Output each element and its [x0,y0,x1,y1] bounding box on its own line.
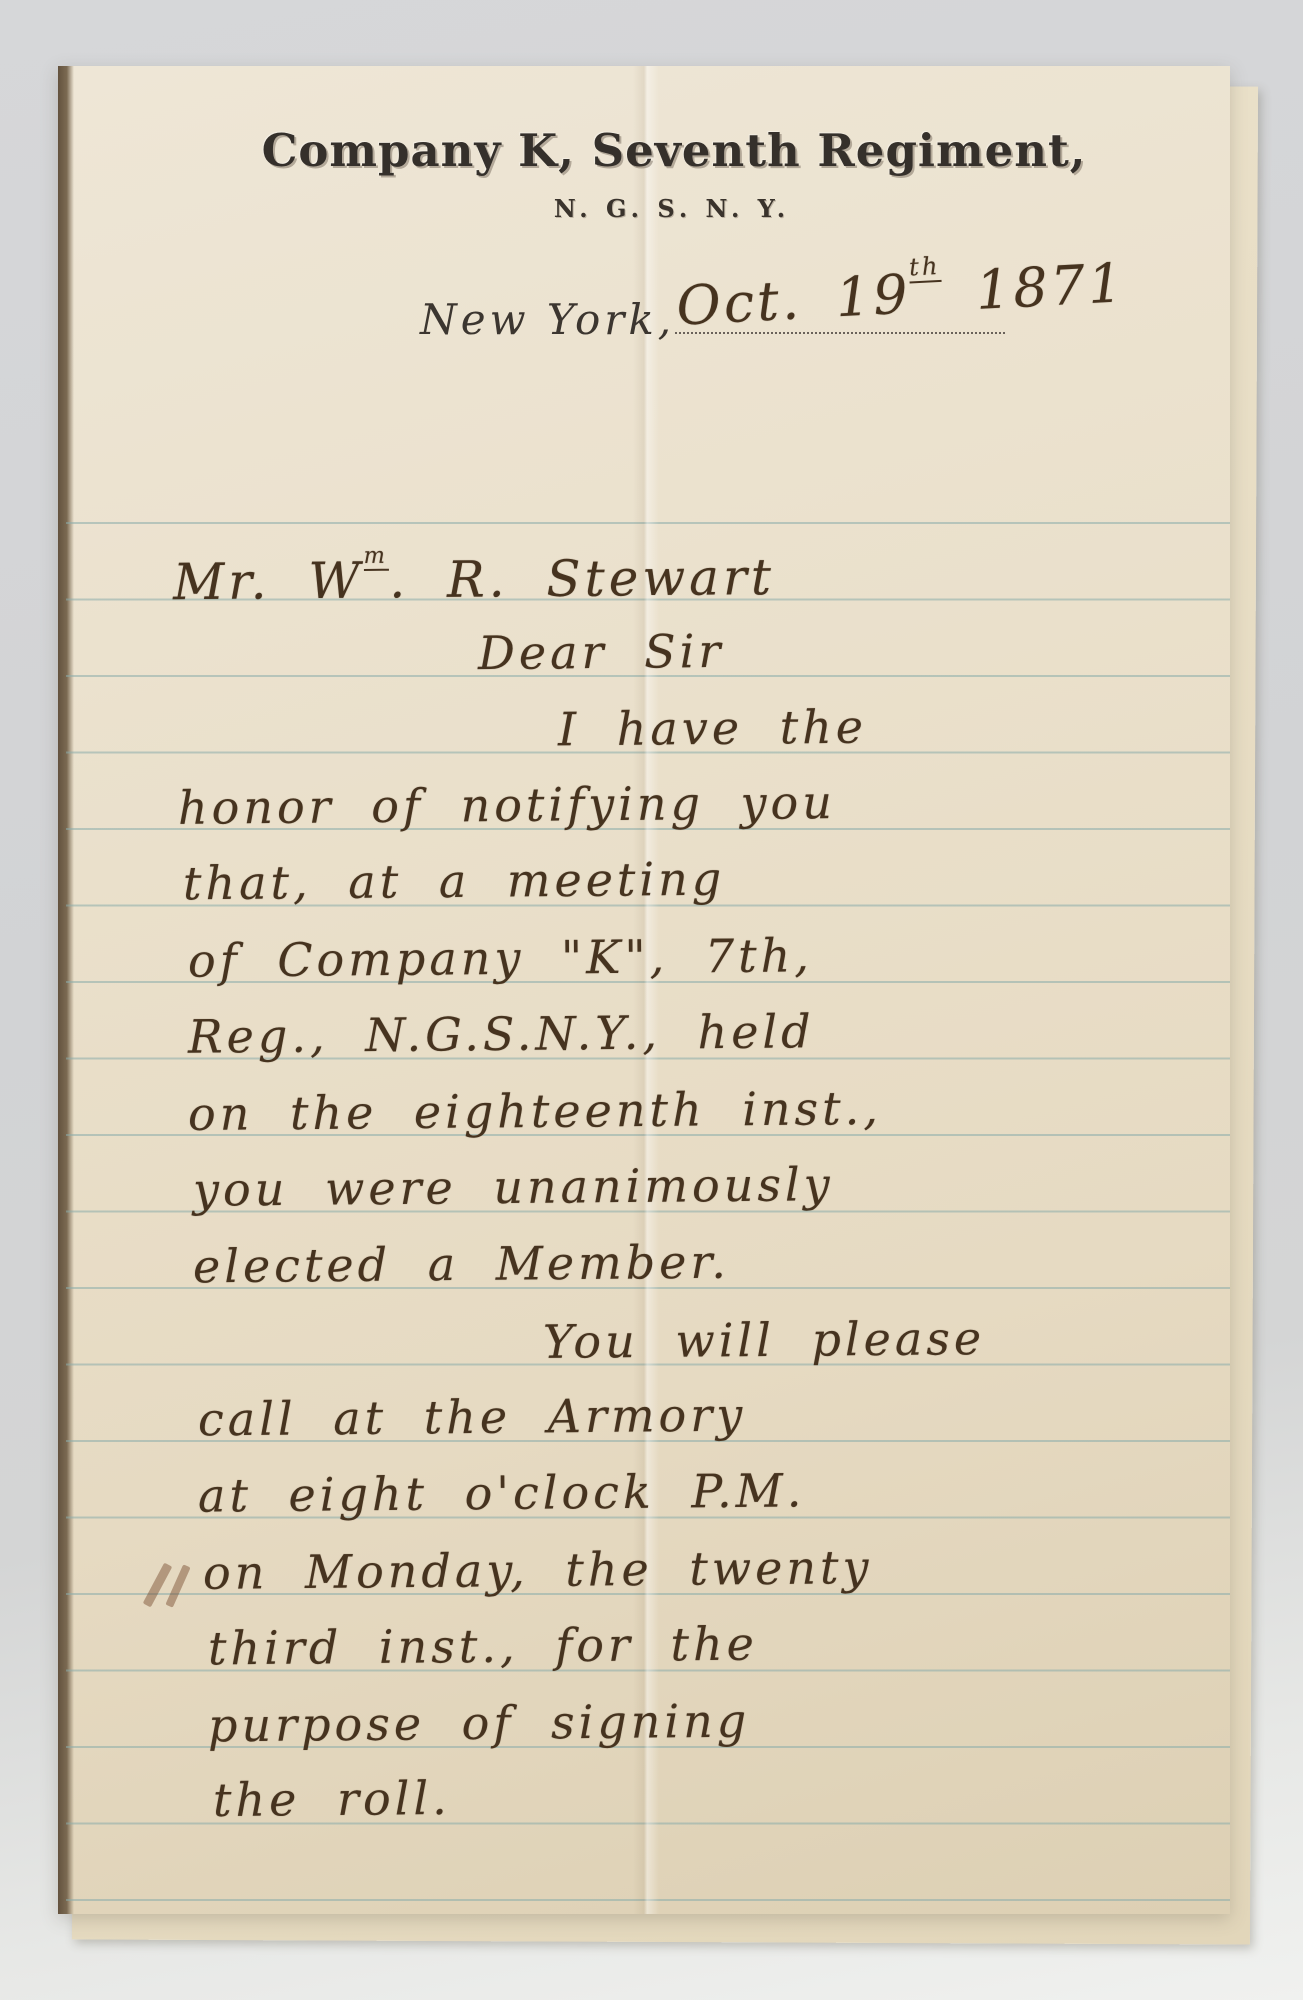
body-line: of Company "K", 7th, [188,927,813,988]
body-line: on Monday, the twenty [203,1539,873,1601]
body-line: honor of notifying you [178,774,836,836]
recipient-line: Mr. Wm. R. Stewart [173,541,775,610]
recipient-text: Mr. W [173,552,364,612]
handwritten-date: Oct. 19th 1871 [675,246,1127,334]
date-year: 1871 [940,251,1127,324]
date-superscript: th [908,251,941,284]
body-line: purpose of signing [208,1693,751,1754]
body-line: I have the [558,699,867,758]
recipient-rest: . R. Stewart [389,548,775,609]
photo-background: Company K, Seventh Regiment, N. G. S. N.… [0,0,1303,2000]
body-line: Reg., N.G.S.N.Y., held [188,1003,815,1064]
body-line: You will please [543,1310,986,1370]
letter-sheet: Company K, Seventh Regiment, N. G. S. N.… [58,66,1230,1914]
body-line: at eight o'clock P.M. [198,1462,806,1523]
letterhead-title: Company K, Seventh Regiment, [118,124,1230,177]
body-line: the roll. [213,1770,451,1828]
body-line: elected a Member. [193,1234,730,1295]
body-line: on the eighteenth inst., [188,1080,882,1142]
body-line: that, at a meeting [183,851,726,912]
body-line: you were unanimously [193,1156,834,1218]
dateline-place: New York, [420,295,675,344]
date-text: Oct. 19 [675,263,912,338]
body-line: call at the Armory [198,1387,747,1448]
letterhead-subtitle: N. G. S. N. Y. [114,194,1230,223]
recipient-superscript: m [364,543,390,571]
salutation-line: Dear Sir [478,623,725,681]
body-line: third inst., for the [208,1616,758,1677]
